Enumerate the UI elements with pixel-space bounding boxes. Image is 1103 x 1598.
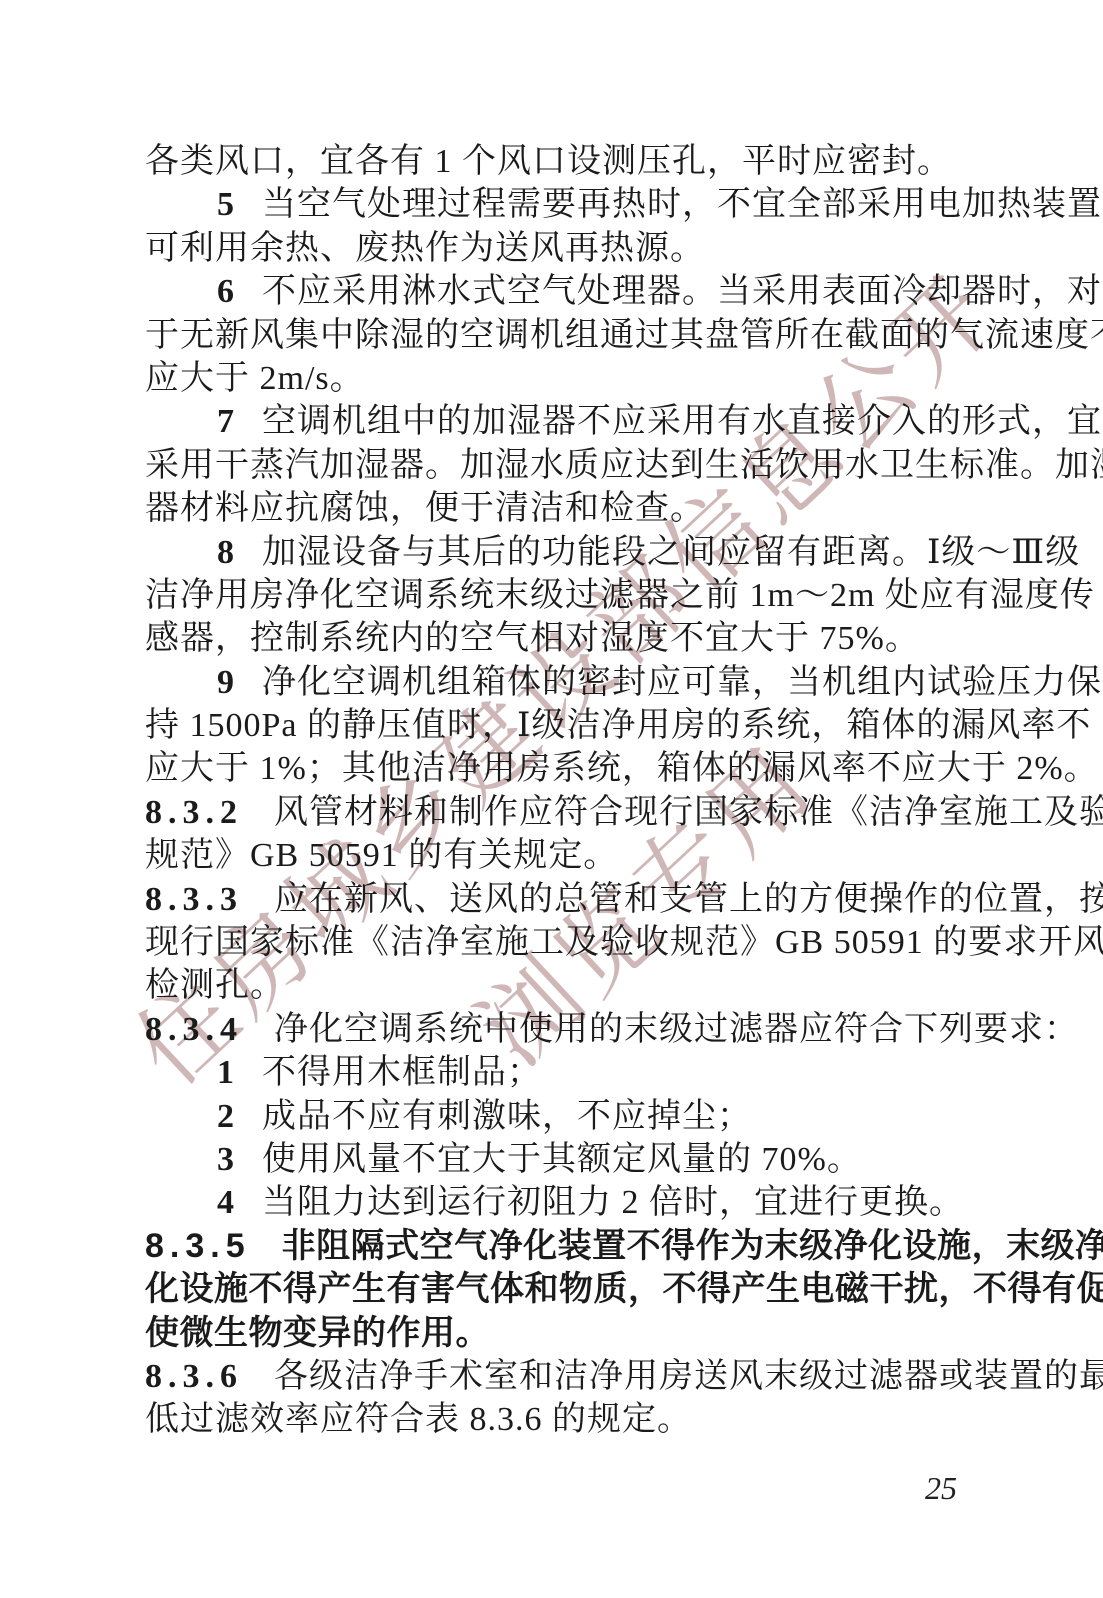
clause-number: 8.3.3 <box>145 878 243 921</box>
text-line: 8.3.5非阻隔式空气净化装置不得作为末级净化设施，末级净 <box>145 1225 1077 1268</box>
text-line: 采用干蒸汽加湿器。加湿水质应达到生活饮用水卫生标准。加湿 <box>145 444 1077 487</box>
clause-number: 8.3.4 <box>145 1008 243 1051</box>
text-line: 化设施不得产生有害气体和物质，不得产生电磁干扰，不得有促 <box>145 1268 1077 1311</box>
line-text: 净化空调机组箱体的密封应可靠，当机组内试验压力保 <box>262 664 1102 701</box>
page-number: 25 <box>925 1470 957 1507</box>
line-text: 应大于 1%；其他洁净用房系统，箱体的漏风率不应大于 2%。 <box>145 750 1099 787</box>
text-line: 洁净用房净化空调系统末级过滤器之前 1m～2m 处应有湿度传 <box>145 574 1077 617</box>
line-text: 不应采用淋水式空气处理器。当采用表面冷却器时，对 <box>262 273 1102 310</box>
text-line: 7空调机组中的加湿器不应采用有水直接介入的形式，宜 <box>145 400 1077 443</box>
line-text: 不得用木框制品； <box>262 1054 542 1091</box>
line-text: 风管材料和制作应符合现行国家标准《洁净室施工及验收 <box>274 794 1103 831</box>
item-number: 9 <box>217 661 235 704</box>
line-text: 使微生物变异的作用。 <box>145 1314 490 1352</box>
text-line: 应大于 2m/s。 <box>145 357 1077 400</box>
item-number: 2 <box>217 1095 235 1138</box>
text-line: 8.3.3应在新风、送风的总管和支管上的方便操作的位置，按 <box>145 878 1077 921</box>
line-text: 当阻力达到运行初阻力 2 倍时，宜进行更换。 <box>262 1184 964 1221</box>
line-text: 规范》GB 50591 的有关规定。 <box>145 837 618 874</box>
clause-number: 8.3.2 <box>145 791 243 834</box>
text-line: 于无新风集中除湿的空调机组通过其盘管所在截面的气流速度不 <box>145 314 1077 357</box>
line-text: 低过滤效率应符合表 8.3.6 的规定。 <box>145 1401 692 1438</box>
line-text: 使用风量不宜大于其额定风量的 70%。 <box>262 1141 862 1178</box>
text-line: 各类风口，宜各有 1 个风口设测压孔，平时应密封。 <box>145 140 1077 183</box>
text-line: 1不得用木框制品； <box>145 1051 1077 1094</box>
line-text: 应在新风、送风的总管和支管上的方便操作的位置，按 <box>274 881 1103 918</box>
item-number: 1 <box>217 1051 235 1094</box>
line-text: 器材料应抗腐蚀，便于清洁和检查。 <box>145 490 705 527</box>
text-line: 现行国家标准《洁净室施工及验收规范》GB 50591 的要求开风量 <box>145 921 1077 964</box>
text-line: 低过滤效率应符合表 8.3.6 的规定。 <box>145 1398 1077 1441</box>
item-number: 8 <box>217 531 235 574</box>
line-text: 各级洁净手术室和洁净用房送风末级过滤器或装置的最 <box>274 1358 1103 1395</box>
line-text: 检测孔。 <box>145 967 285 1004</box>
text-line: 可利用余热、废热作为送风再热源。 <box>145 227 1077 270</box>
clause-number: 8.3.6 <box>145 1355 243 1398</box>
line-text: 非阻隔式空气净化装置不得作为末级净化设施，末级净 <box>282 1227 1103 1265</box>
text-line: 规范》GB 50591 的有关规定。 <box>145 834 1077 877</box>
line-text: 当空气处理过程需要再热时，不宜全部采用电加热装置， <box>262 186 1103 223</box>
line-text: 空调机组中的加湿器不应采用有水直接介入的形式，宜 <box>262 403 1102 440</box>
line-text: 洁净用房净化空调系统末级过滤器之前 1m～2m 处应有湿度传 <box>145 577 1095 614</box>
text-line: 器材料应抗腐蚀，便于清洁和检查。 <box>145 487 1077 530</box>
item-number: 6 <box>217 270 235 313</box>
line-text: 可利用余热、废热作为送风再热源。 <box>145 230 705 267</box>
text-line: 5当空气处理过程需要再热时，不宜全部采用电加热装置， <box>145 183 1077 226</box>
text-line: 使微生物变异的作用。 <box>145 1312 1077 1355</box>
line-text: 化设施不得产生有害气体和物质，不得产生电磁干扰，不得有促 <box>145 1270 1103 1308</box>
text-line: 2成品不应有刺激味，不应掉尘； <box>145 1095 1077 1138</box>
item-number: 4 <box>217 1181 235 1224</box>
text-line: 8加湿设备与其后的功能段之间应留有距离。Ⅰ级～Ⅲ级 <box>145 531 1077 574</box>
line-text: 现行国家标准《洁净室施工及验收规范》GB 50591 的要求开风量 <box>145 924 1103 961</box>
line-text: 感器，控制系统内的空气相对湿度不宜大于 75%。 <box>145 620 920 657</box>
line-text: 采用干蒸汽加湿器。加湿水质应达到生活饮用水卫生标准。加湿 <box>145 447 1103 484</box>
text-line: 应大于 1%；其他洁净用房系统，箱体的漏风率不应大于 2%。 <box>145 747 1077 790</box>
line-text: 持 1500Pa 的静压值时，Ⅰ级洁净用房的系统，箱体的漏风率不 <box>145 707 1091 744</box>
line-text: 成品不应有刺激味，不应掉尘； <box>262 1098 752 1135</box>
document-page: 住房城乡建设部信息公开 浏览专用 各类风口，宜各有 1 个风口设测压孔，平时应密… <box>0 0 1103 1598</box>
item-number: 3 <box>217 1138 235 1181</box>
text-line: 检测孔。 <box>145 964 1077 1007</box>
line-text: 于无新风集中除湿的空调机组通过其盘管所在截面的气流速度不 <box>145 317 1103 354</box>
line-text: 净化空调系统中使用的末级过滤器应符合下列要求： <box>274 1011 1079 1048</box>
text-line: 8.3.6各级洁净手术室和洁净用房送风末级过滤器或装置的最 <box>145 1355 1077 1398</box>
text-line: 3使用风量不宜大于其额定风量的 70%。 <box>145 1138 1077 1181</box>
text-line: 8.3.4净化空调系统中使用的末级过滤器应符合下列要求： <box>145 1008 1077 1051</box>
line-text: 各类风口，宜各有 1 个风口设测压孔，平时应密封。 <box>145 143 952 180</box>
line-text: 加湿设备与其后的功能段之间应留有距离。Ⅰ级～Ⅲ级 <box>262 534 1080 571</box>
text-line: 感器，控制系统内的空气相对湿度不宜大于 75%。 <box>145 617 1077 660</box>
item-number: 5 <box>217 183 235 226</box>
text-line: 6不应采用淋水式空气处理器。当采用表面冷却器时，对 <box>145 270 1077 313</box>
line-text: 应大于 2m/s。 <box>145 360 365 397</box>
text-line: 4当阻力达到运行初阻力 2 倍时，宜进行更换。 <box>145 1181 1077 1224</box>
body-text-block: 各类风口，宜各有 1 个风口设测压孔，平时应密封。5当空气处理过程需要再热时，不… <box>145 140 1077 1442</box>
item-number: 7 <box>217 400 235 443</box>
text-line: 持 1500Pa 的静压值时，Ⅰ级洁净用房的系统，箱体的漏风率不 <box>145 704 1077 747</box>
text-line: 9净化空调机组箱体的密封应可靠，当机组内试验压力保 <box>145 661 1077 704</box>
text-line: 8.3.2风管材料和制作应符合现行国家标准《洁净室施工及验收 <box>145 791 1077 834</box>
clause-number: 8.3.5 <box>145 1225 251 1268</box>
